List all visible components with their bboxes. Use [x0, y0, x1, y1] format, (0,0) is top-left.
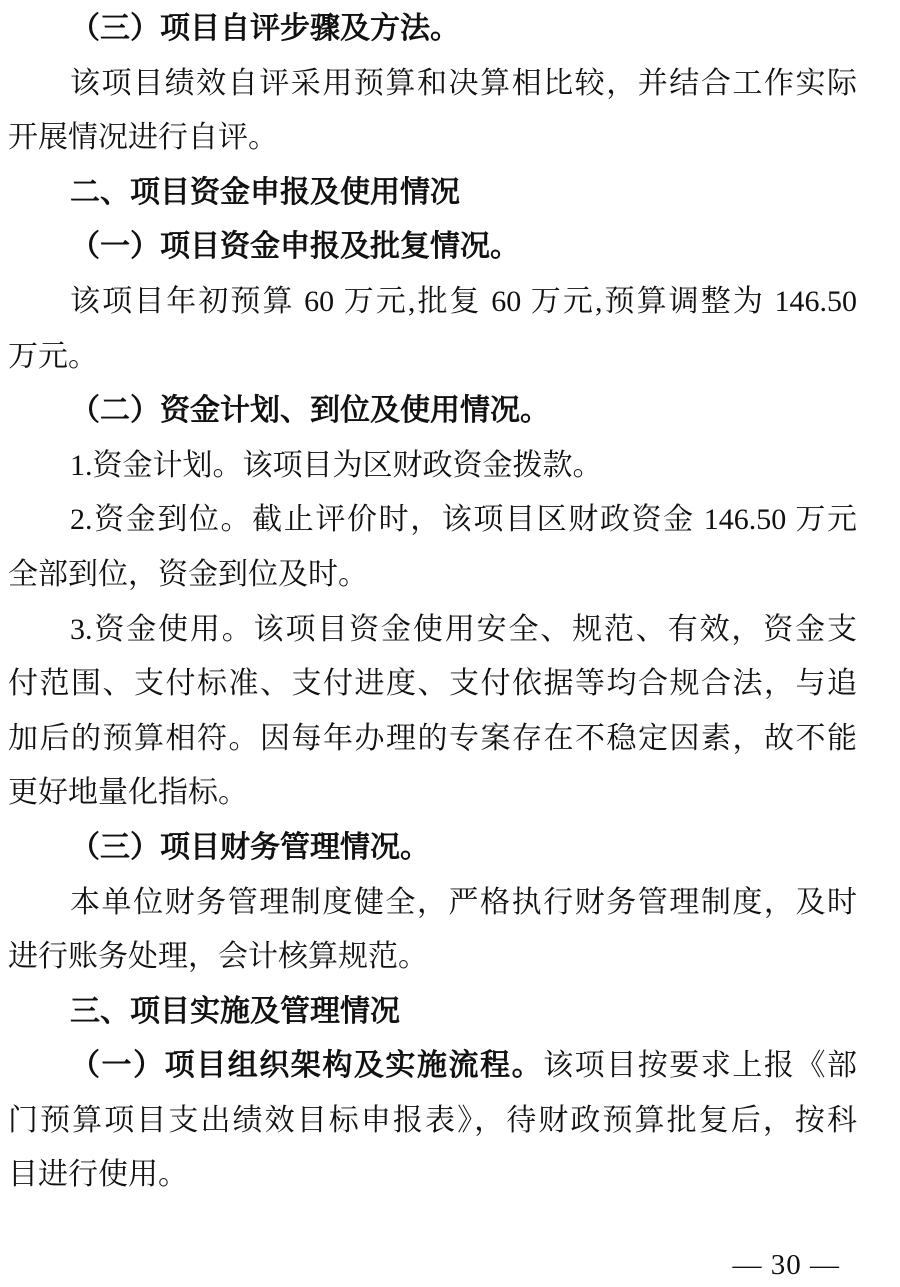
paragraph-line: 进行账务处理，会计核算规范。: [8, 930, 857, 985]
paragraph-line: 目进行使用。: [8, 1148, 857, 1203]
paragraph-line: 开展情况进行自评。: [8, 111, 857, 166]
section-heading: （三）项目自评步骤及方法。: [8, 2, 857, 57]
section-heading: 二、项目资金申报及使用情况: [8, 166, 857, 221]
page-number: — 30 —: [733, 1249, 841, 1281]
paragraph-line: 门预算项目支出绩效目标申报表》，待财政预算批复后，按科: [8, 1094, 857, 1149]
paragraph-line: 该项目年初预算 60 万元,批复 60 万元,预算调整为 146.50: [8, 275, 857, 330]
section-heading: （一）项目资金申报及批复情况。: [8, 220, 857, 275]
paragraph-line: 万元。: [8, 330, 857, 385]
section-heading: （二）资金计划、到位及使用情况。: [8, 384, 857, 439]
inline-heading: （一）项目组织架构及实施流程。: [70, 1049, 543, 1082]
paragraph-line: 3.资金使用。该项目资金使用安全、规范、有效，资金支: [8, 603, 857, 658]
section-heading: 三、项目实施及管理情况: [8, 985, 857, 1040]
paragraph-line: 该项目绩效自评采用预算和决算相比较，并结合工作实际: [8, 57, 857, 112]
paragraph-line: 付范围、支付标准、支付进度、支付依据等均合规合法，与追: [8, 657, 857, 712]
paragraph-text: 该项目按要求上报《部: [543, 1049, 857, 1082]
paragraph-line: 本单位财务管理制度健全，严格执行财务管理制度，及时: [8, 876, 857, 931]
section-heading: （三）项目财务管理情况。: [8, 821, 857, 876]
paragraph-line: 2.资金到位。截止评价时，该项目区财政资金 146.50 万元: [8, 493, 857, 548]
paragraph-line: 加后的预算相符。因每年办理的专案存在不稳定因素，故不能: [8, 712, 857, 767]
paragraph-line: 更好地量化指标。: [8, 766, 857, 821]
document-body: （三）项目自评步骤及方法。 该项目绩效自评采用预算和决算相比较，并结合工作实际 …: [8, 2, 857, 1203]
paragraph-line: （一）项目组织架构及实施流程。该项目按要求上报《部: [8, 1039, 857, 1094]
document-page: （三）项目自评步骤及方法。 该项目绩效自评采用预算和决算相比较，并结合工作实际 …: [0, 0, 900, 1287]
paragraph-line: 1.资金计划。该项目为区财政资金拨款。: [8, 439, 857, 494]
paragraph-line: 全部到位，资金到位及时。: [8, 548, 857, 603]
